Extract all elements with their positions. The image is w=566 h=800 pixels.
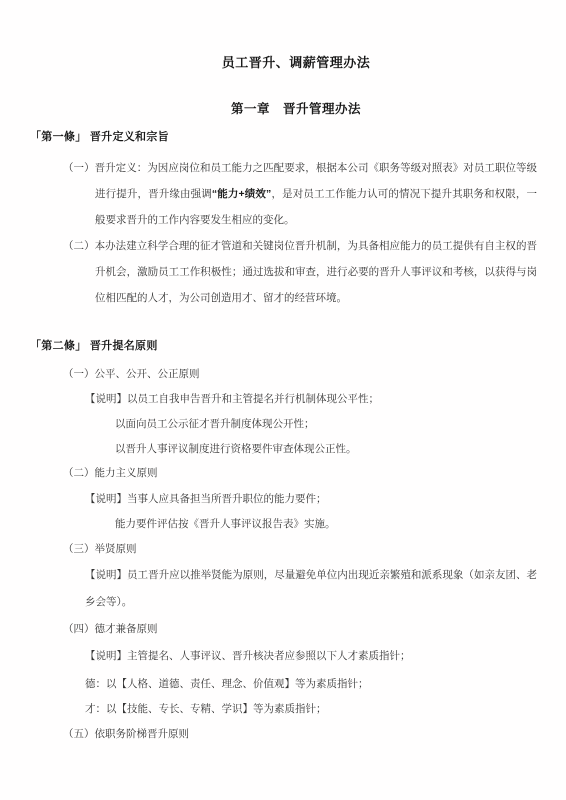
article-2-item-3: （三）举贤原则 <box>63 536 137 562</box>
article-1-heading: 「第一條」 晋升定义和宗旨 <box>30 129 169 145</box>
document-page: 员工晋升、调薪管理办法 第一章 晋升管理办法 「第一條」 晋升定义和宗旨 （一）… <box>0 0 566 800</box>
article-1-item-2: （二）本办法建立科学合理的征才管道和关键岗位晋升机制，为具备相应能力的员工提供有… <box>63 233 537 311</box>
document-title: 员工晋升、调薪管理办法 <box>26 54 566 72</box>
article-2-item-3-note-1: 【说明】员工晋升应以推举贤能为原则，尽量避免单位内出现近亲繁殖和派系现象（如亲友… <box>85 562 537 616</box>
article-1-item-1-text-bold: “能力+绩效” <box>212 188 271 200</box>
article-2-item-2-note-2: 能力要件评估按《晋升人事评议报告表》实施。 <box>115 511 336 537</box>
article-2-item-1-note-2: 以面向员工公示征才晋升制度体现公开性； <box>115 411 315 437</box>
article-2-item-2-note-1: 【说明】当事人应具备担当所晋升职位的能力要件； <box>85 486 327 512</box>
article-2-item-4-note-2: 德：以【人格、道德、责任、理念、价值观】等为素质指针； <box>85 671 369 697</box>
article-2-item-1-note-1: 【说明】以员工自我申告晋升和主管提名并行机制体现公平性； <box>85 386 379 412</box>
article-2-item-1: （一）公平、公开、公正原则 <box>63 361 200 387</box>
article-2-item-4-note-3: 才：以【技能、专长、专精、学识】等为素质指针； <box>85 696 327 722</box>
chapter-1-heading: 第一章 晋升管理办法 <box>26 100 566 118</box>
article-2-item-5: （五）依职务阶梯晋升原则 <box>63 721 189 747</box>
article-2-item-2: （二）能力主义原则 <box>63 460 158 486</box>
article-2-item-1-note-3: 以晋升人事评议制度进行资格要件审查体现公正性。 <box>115 436 357 462</box>
article-2-item-4: （四）德才兼备原则 <box>63 616 158 642</box>
article-1-item-1: （一）晋升定义：为因应岗位和员工能力之匹配要求，根据本公司《职务等级对照表》对员… <box>63 155 537 233</box>
article-2-item-4-note-1: 【说明】主管提名、人事评议、晋升核决者应参照以下人才素质指针； <box>85 643 411 669</box>
article-2-heading: 「第二條」 晋升提名原则 <box>30 338 158 354</box>
